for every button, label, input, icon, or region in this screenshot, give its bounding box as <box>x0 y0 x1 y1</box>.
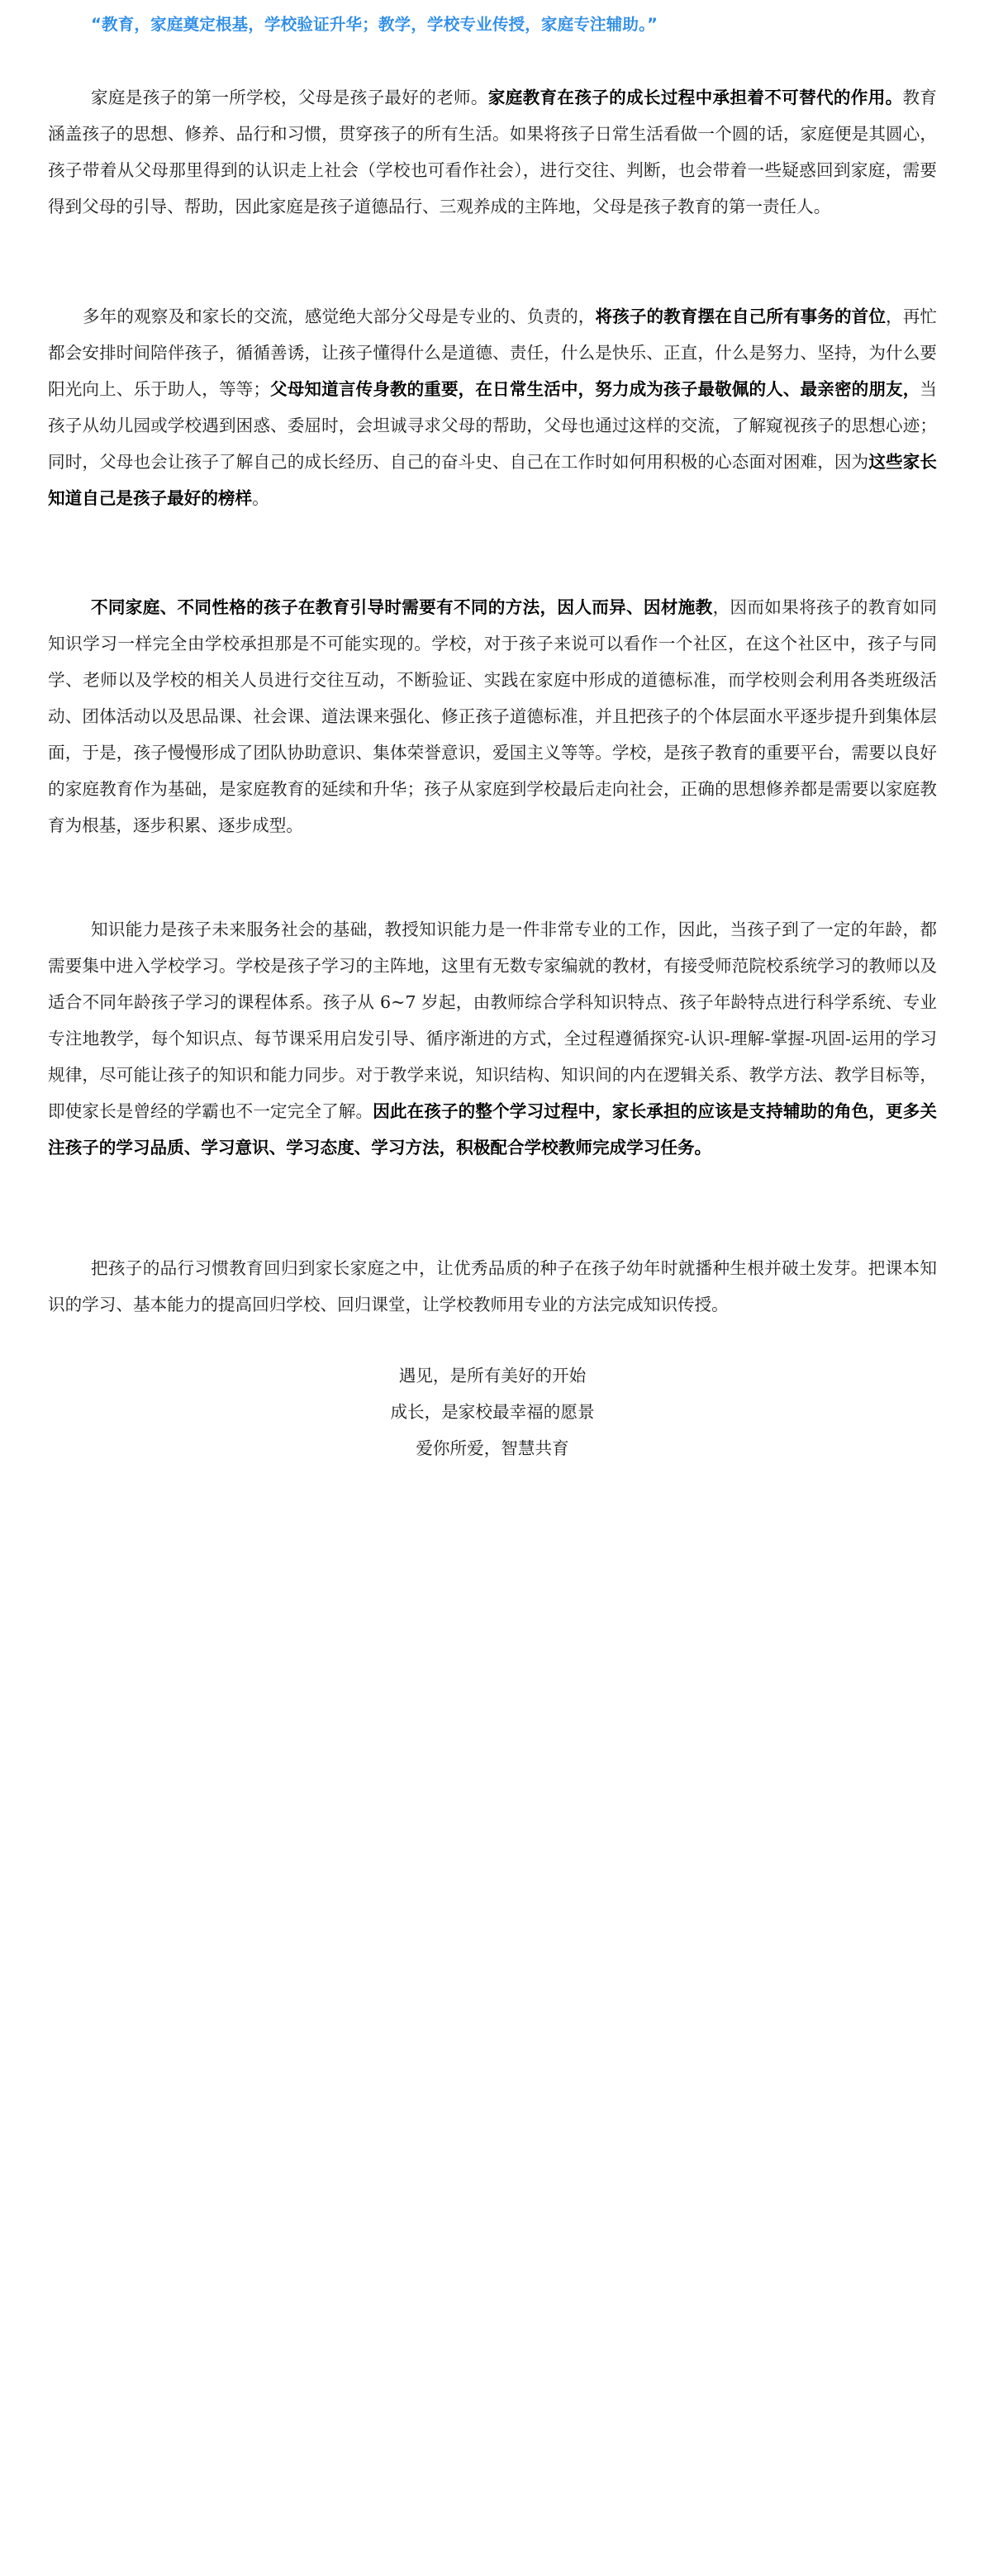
body-text: 把孩子的品行习惯教育回归到家长家庭之中，让优秀品质的种子在孩子幼年时就播种生根并… <box>48 1258 937 1314</box>
paragraph-family-first-school: 家庭是孩子的第一所学校，父母是孩子最好的老师。家庭教育在孩子的成长过程中承担着不… <box>48 79 937 225</box>
emphasized-text: 父母知道言传身教的重要，在日常生活中，努力成为孩子最敬佩的人、最亲密的朋友， <box>270 379 920 399</box>
closing-line: 成长，是家校最幸福的愿景 <box>48 1394 937 1430</box>
body-text: 多年的观察及和家长的交流，感觉绝大部分父母是专业的、负责的， <box>83 307 595 326</box>
paragraph-knowledge-ability: 知识能力是孩子未来服务社会的基础，教授知识能力是一件非常专业的工作，因此，当孩子… <box>48 911 937 1166</box>
paragraph-school-community: 不同家庭、不同性格的孩子在教育引导时需要有不同的方法，因人而异、因材施教，因而如… <box>48 589 937 844</box>
emphasized-text: 将孩子的教育摆在自己所有事务的首位 <box>595 307 886 326</box>
paragraph-parents-role: 多年的观察及和家长的交流，感觉绝大部分父母是专业的、负责的，将孩子的教育摆在自己… <box>48 298 937 516</box>
closing-line: 遇见，是所有美好的开始 <box>48 1357 937 1394</box>
emphasized-text: 家庭教育在孩子的成长过程中承担着不可替代的作用。 <box>488 88 903 107</box>
closing-line: 爱你所爱，智慧共育 <box>48 1430 937 1466</box>
body-text: 。 <box>252 488 269 508</box>
body-text: ，因而如果将孩子的教育如同知识学习一样完全由学校承担那是不可能实现的。学校，对于… <box>48 597 937 835</box>
paragraph-conclusion: 把孩子的品行习惯教育回归到家长家庭之中，让优秀品质的种子在孩子幼年时就播种生根并… <box>48 1250 937 1323</box>
body-text: 家庭是孩子的第一所学校，父母是孩子最好的老师。 <box>91 88 488 107</box>
document-title: “教育，家庭奠定根基，学校验证升华；教学，学校专业传授，家庭专注辅助。” <box>91 12 658 38</box>
closing-verse: 遇见，是所有美好的开始 成长，是家校最幸福的愿景 爱你所爱，智慧共育 <box>48 1357 937 1466</box>
body-text: 知识能力是孩子未来服务社会的基础，教授知识能力是一件非常专业的工作，因此，当孩子… <box>48 920 937 1121</box>
emphasized-text: 不同家庭、不同性格的孩子在教育引导时需要有不同的方法，因人而异、因材施教 <box>91 597 713 617</box>
